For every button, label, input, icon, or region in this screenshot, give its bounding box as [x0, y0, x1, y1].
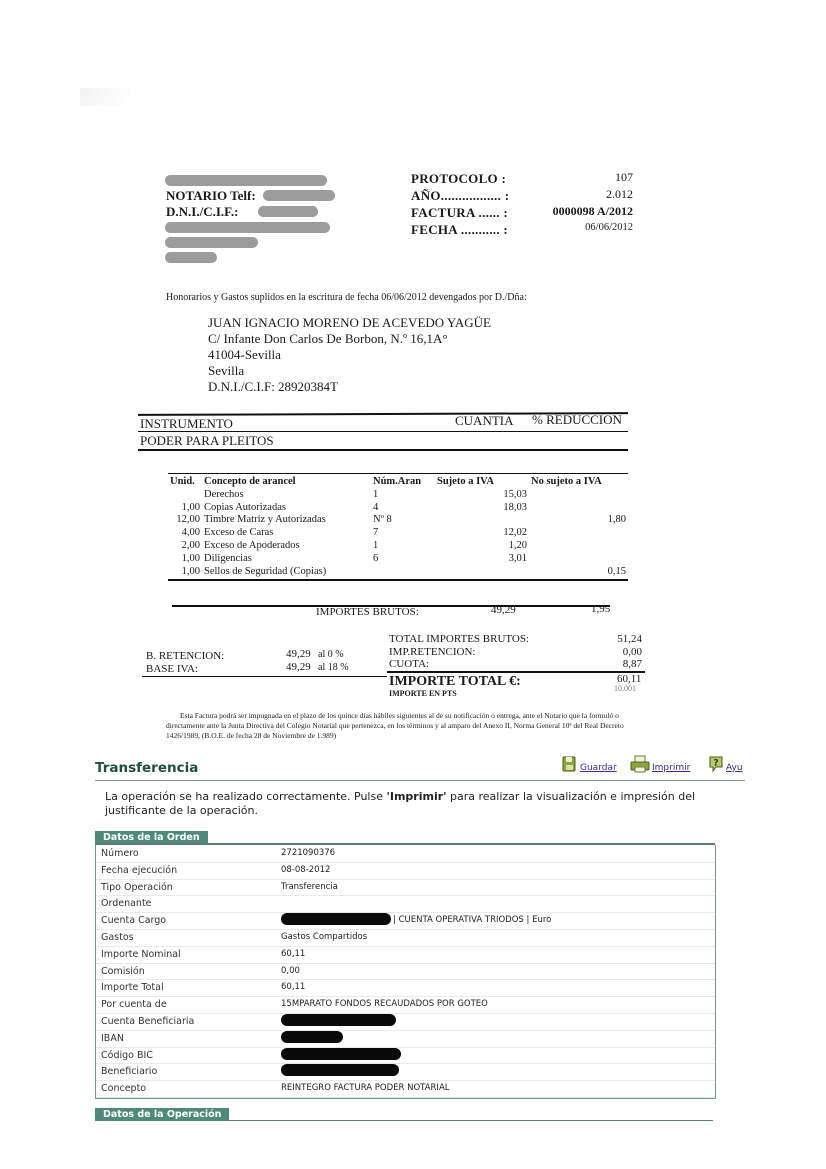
order-row-label: Tipo Operación: [101, 882, 173, 893]
instrument-header: INSTRUMENTO: [140, 416, 233, 432]
section-divider: [223, 1120, 713, 1121]
redacted-value: [281, 1014, 396, 1026]
client-name: JUAN IGNACIO MORENO DE ACEVEDO YAGÜE: [208, 315, 491, 331]
redacted-notary-name: [165, 175, 327, 186]
order-row-label: Importe Nominal: [101, 949, 181, 960]
order-row-value: 15MPARATO FONDOS RECAUDADOS POR GOTEO: [281, 999, 488, 1009]
reduccion-header: % REDUCCION: [532, 412, 622, 428]
order-row: Tipo OperaciónTransferencia: [96, 879, 715, 897]
order-row: Fecha ejecución08-08-2012: [96, 862, 715, 880]
svg-text:?: ?: [713, 759, 718, 769]
order-row-value: 08-08-2012: [281, 865, 330, 875]
invoice-item-row: 4,00Exceso de Caras712,02: [168, 527, 628, 540]
divider: [142, 676, 387, 677]
order-row-value: REINTEGRO FACTURA PODER NOTARIAL: [281, 1083, 450, 1093]
order-row-value: 2721090376: [281, 848, 335, 858]
scan-smudge: [80, 88, 130, 106]
success-message: La operación se ha realizado correctamen…: [105, 790, 745, 818]
importes-brutos-no-sujeto: 1,95: [591, 603, 610, 615]
client-address: C/ Infante Don Carlos De Borbon, N.º 16,…: [208, 331, 491, 347]
totals-block: TOTAL IMPORTES BRUTOS: 51,24 IMP.RETENCI…: [389, 633, 642, 671]
order-row: Por cuenta de15MPARATO FONDOS RECAUDADOS…: [96, 996, 715, 1014]
order-row-label: Fecha ejecución: [101, 865, 177, 876]
order-details-table: Número2721090376Fecha ejecución08-08-201…: [95, 845, 716, 1099]
invoice-intro: Honorarios y Gastos suplidos en la escri…: [166, 292, 527, 303]
order-row-value: Transferencia: [281, 882, 338, 892]
divider: [168, 579, 628, 581]
importes-brutos-sujeto: 49,29: [491, 604, 516, 616]
order-row-label: Número: [101, 848, 139, 859]
base-iva-label: BASE IVA:: [146, 663, 198, 675]
importe-pts-label: IMPORTE EN PTS: [389, 689, 457, 698]
redacted-province: [165, 252, 217, 263]
redacted-value: [281, 1064, 399, 1076]
order-row-label: Comisión: [101, 966, 145, 977]
save-icon: [562, 755, 578, 773]
order-row: ConceptoREINTEGRO FACTURA PODER NOTARIAL: [96, 1080, 715, 1098]
importe-total-label: IMPORTE TOTAL €:: [389, 674, 521, 690]
invoice-item-row: 2,00Exceso de Apoderados11,20: [168, 540, 628, 553]
client-block: JUAN IGNACIO MORENO DE ACEVEDO YAGÜE C/ …: [208, 315, 491, 395]
field-factura: FACTURA ...... : 0000098 A/2012: [411, 204, 633, 221]
retencion-rate: al 0 %: [318, 649, 344, 660]
redacted-address: [165, 222, 330, 233]
title-divider: [95, 780, 745, 781]
order-row-value: 60,11: [281, 949, 305, 959]
order-row: Comisión0,00: [96, 963, 715, 981]
order-row-label: Cuenta Cargo: [101, 915, 166, 926]
base-iva-base: 49,29: [286, 661, 311, 673]
order-row-label: Importe Total: [101, 982, 164, 993]
divider: [138, 431, 628, 432]
page-title: Transferencia: [95, 760, 198, 776]
order-row: IBAN: [96, 1030, 715, 1048]
order-row-label: Cuenta Beneficiaria: [101, 1016, 194, 1027]
cuantia-header: CUANTIA: [455, 413, 514, 429]
order-row-label: IBAN: [101, 1033, 124, 1044]
help-button[interactable]: ? Ayu: [708, 755, 743, 773]
order-row-label: Concepto: [101, 1083, 146, 1094]
order-row: Ordenante: [96, 895, 715, 913]
operation-section-title: Datos de la Operación: [95, 1108, 229, 1121]
divider: [387, 671, 645, 673]
help-icon: ?: [708, 755, 724, 773]
client-dni: D.N.I./C.I.F: 28920384T: [208, 379, 491, 395]
order-row-value: [281, 1031, 343, 1043]
order-row-value: 60,11: [281, 982, 305, 992]
retencion-label: B. RETENCION:: [146, 650, 224, 662]
order-row-value: Gastos Compartidos: [281, 932, 367, 942]
redacted-city: [165, 237, 258, 248]
redacted-value: [281, 913, 391, 925]
items-header-row: Unid. Concepto de arancel Núm.Aran Sujet…: [168, 476, 628, 489]
order-row: Importe Total60,11: [96, 979, 715, 997]
invoice-item-row: 1,00Copias Autorizadas418,03: [168, 502, 628, 515]
order-row: Beneficiario: [96, 1063, 715, 1081]
field-protocolo: PROTOCOLO : 107: [411, 170, 633, 187]
save-button[interactable]: Guardar: [562, 755, 617, 773]
order-row-label: Por cuenta de: [101, 999, 167, 1010]
instrument-value: PODER PARA PLEITOS: [140, 433, 274, 449]
divider: [168, 473, 628, 474]
order-row: Importe Nominal60,11: [96, 946, 715, 964]
invoice-footer-note: Esta Factura podrá ser impugnada en el p…: [166, 711, 650, 741]
invoice-item-row: Derechos115,03: [168, 489, 628, 502]
order-row-value: [281, 1064, 399, 1076]
order-row-label: Beneficiario: [101, 1066, 157, 1077]
invoice-item-row: 12,00Timbre Matriz y AutorizadasNº 81,80: [168, 514, 628, 527]
divider: [138, 449, 628, 451]
invoice-header-fields: PROTOCOLO : 107 AÑO................. : 2…: [411, 170, 633, 238]
order-row: Cuenta Beneficiaria: [96, 1013, 715, 1031]
order-row-value: 0,00: [281, 966, 300, 976]
order-row-value: [281, 1048, 401, 1060]
total-row: IMP.RETENCION: 0,00: [389, 646, 642, 659]
order-row: Código BIC: [96, 1047, 715, 1065]
order-row: GastosGastos Compartidos: [96, 929, 715, 947]
order-row-label: Gastos: [101, 932, 134, 943]
importes-brutos-label: IMPORTES BRUTOS:: [316, 606, 419, 618]
order-row-value: [281, 1014, 396, 1026]
redacted-dni: [258, 206, 318, 217]
field-fecha: FECHA ........... : 06/06/2012: [411, 221, 633, 238]
items-table: Unid. Concepto de arancel Núm.Aran Sujet…: [168, 476, 628, 578]
redacted-value: [281, 1031, 343, 1043]
printer-icon: [630, 755, 650, 773]
retencion-base: 49,29: [286, 648, 311, 660]
order-row-label: Código BIC: [101, 1050, 153, 1061]
total-row: CUOTA: 8,87: [389, 658, 642, 671]
notary-phone-label: NOTARIO Telf:: [166, 188, 256, 204]
total-row: TOTAL IMPORTES BRUTOS: 51,24: [389, 633, 642, 646]
field-ano: AÑO................. : 2.012: [411, 187, 633, 204]
client-province: Sevilla: [208, 363, 491, 379]
print-button[interactable]: Imprimir: [630, 755, 690, 773]
client-city: 41004-Sevilla: [208, 347, 491, 363]
order-row: Número2721090376: [96, 845, 715, 863]
order-row-label: Ordenante: [101, 898, 152, 909]
order-row: Cuenta Cargo| CUENTA OPERATIVA TRIODOS |…: [96, 912, 715, 930]
redacted-value: [281, 1048, 401, 1060]
base-iva-rate: al 18 %: [318, 662, 349, 673]
order-row-value: | CUENTA OPERATIVA TRIODOS | Euro: [281, 913, 551, 925]
notary-dni-label: D.N.I./C.I.F.:: [166, 204, 238, 220]
redacted-phone: [263, 190, 335, 201]
invoice-item-row: 1,00Sellos de Seguridad (Copias)0,15: [168, 566, 628, 579]
invoice-item-row: 1,00Diligencias63,01: [168, 553, 628, 566]
importe-pts-value: 10.001: [614, 684, 636, 693]
